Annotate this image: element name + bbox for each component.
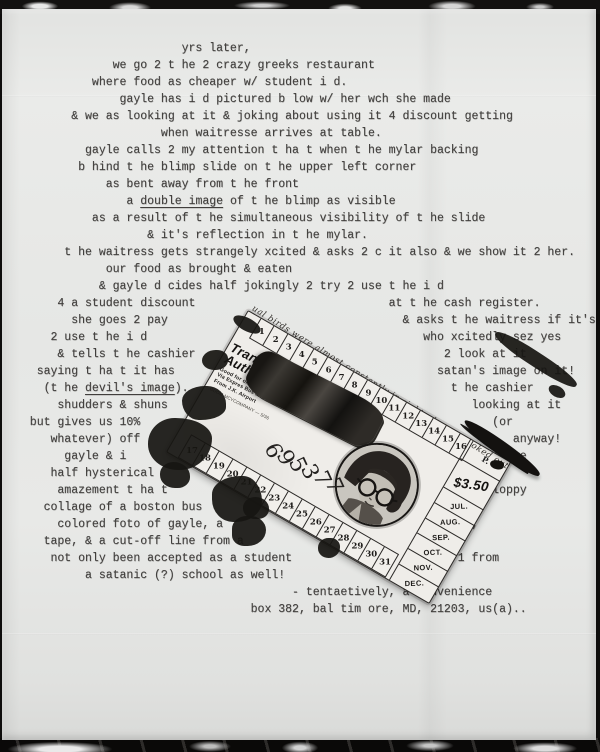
typed-line: 4 a student discount at t he cash regist… (16, 295, 594, 312)
ink-blob (243, 497, 269, 519)
typed-line: & it's reflection in t he mylar. (16, 227, 594, 244)
typed-line: gayle calls 2 my attention t ha t when t… (16, 142, 594, 159)
price: $3.50 (453, 474, 490, 494)
paper-crease (2, 633, 596, 635)
typed-line: a double image of t he blimp as visible (16, 193, 594, 210)
typed-line: as bent away from t he front (16, 176, 594, 193)
typed-line: not only been accepted as a student i d … (16, 550, 594, 567)
typed-line: - tentaetively, a convenience (16, 584, 594, 601)
typed-line: when waitresse arrives at table. (16, 125, 594, 142)
photo-backdrop-bottom (0, 738, 600, 752)
typed-line: gayle has i d pictured b low w/ her wch … (16, 91, 594, 108)
typed-line: tape, & a cut-off line from a newspaper … (16, 533, 594, 550)
ink-blob (202, 350, 228, 370)
typed-line: t he waitress gets strangely xcited & as… (16, 244, 594, 261)
typed-line: a satanic (?) school as well! (16, 567, 594, 584)
typed-line: & we as looking at it & joking about usi… (16, 108, 594, 125)
typed-line: she goes 2 pay & asks t he waitress if i… (16, 312, 594, 329)
typed-line: yrs later, (16, 40, 594, 57)
ink-blob (182, 386, 226, 420)
typed-line: & gayle d cides half jokingly 2 try 2 us… (16, 278, 594, 295)
typed-line: our food as brought & eaten (16, 261, 594, 278)
typed-line: box 382, bal tim ore, MD, 21203, us(a).. (16, 601, 594, 618)
ink-blob (489, 459, 504, 470)
typed-line: b hind t he blimp slide on t he upper le… (16, 159, 594, 176)
typed-line: where food as cheaper w/ student i d. (16, 74, 594, 91)
typed-line: as a result of t he simultaneous visibil… (16, 210, 594, 227)
ink-blob (160, 462, 190, 488)
typed-line: we go 2 t he 2 crazy greeks restaurant (16, 57, 594, 74)
